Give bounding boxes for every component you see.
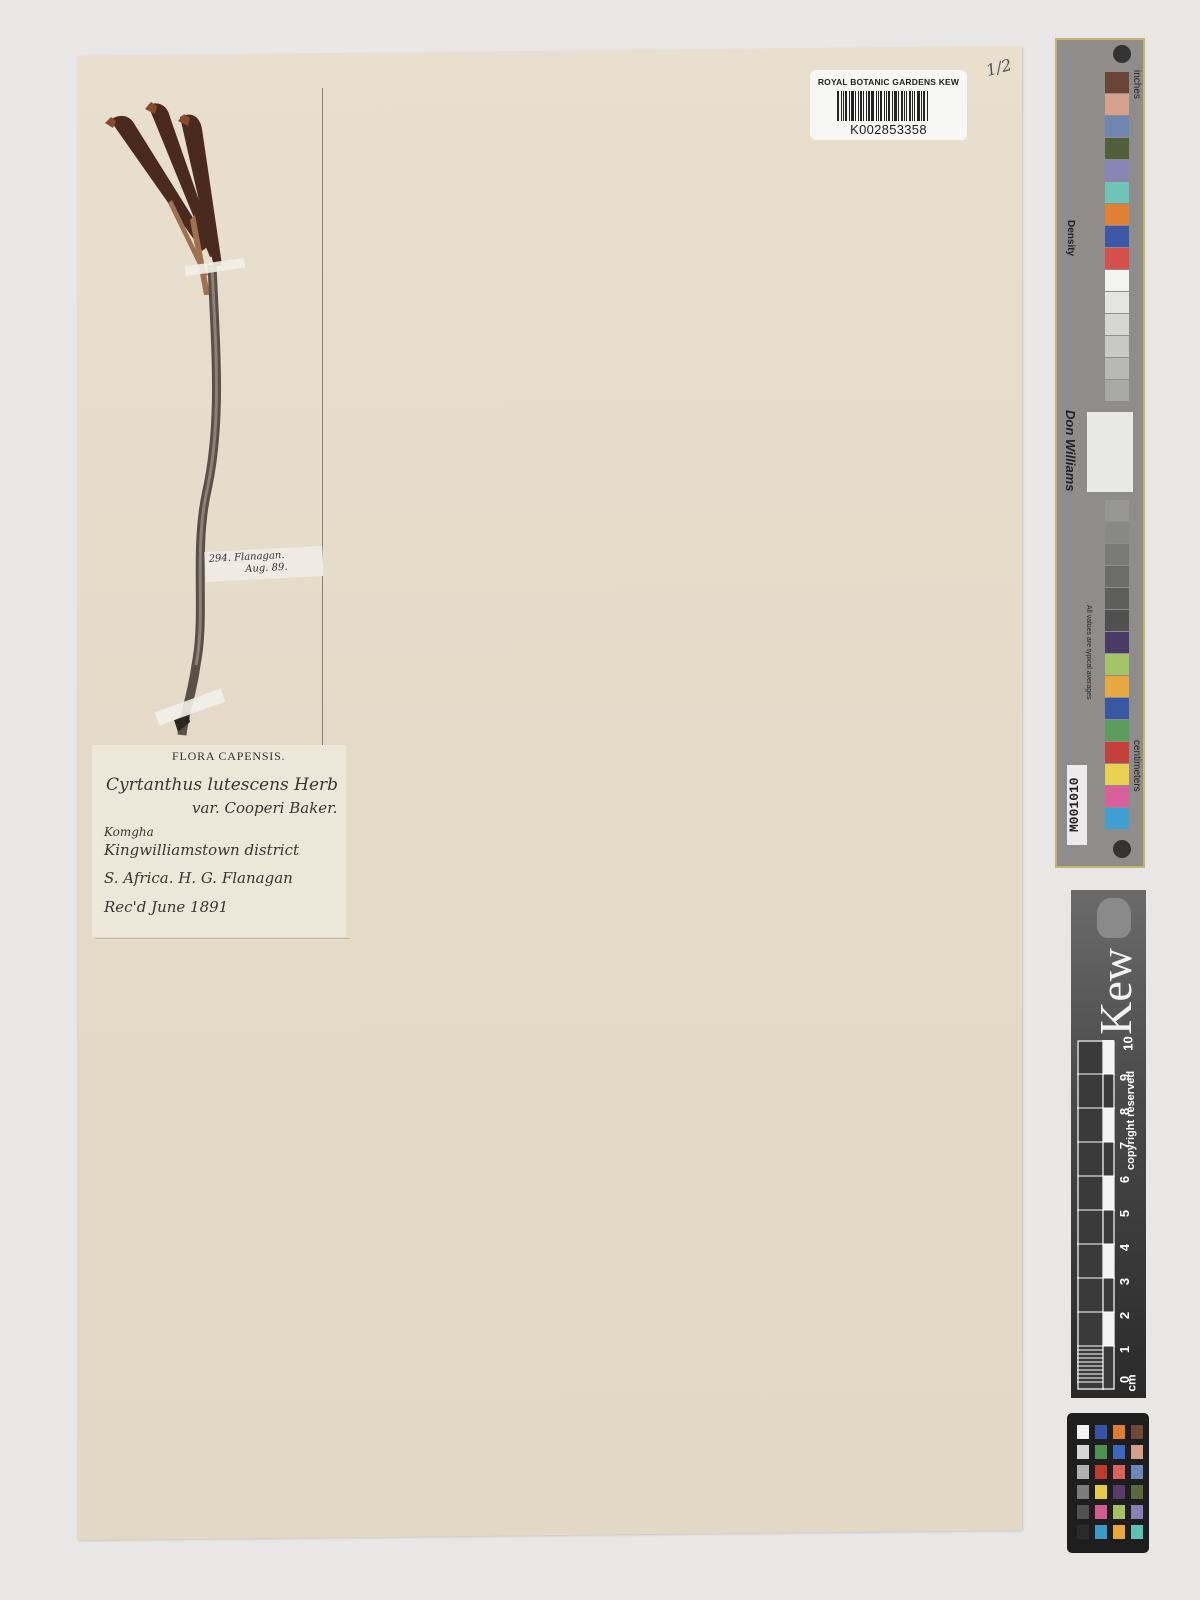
color-swatch: [1105, 226, 1129, 247]
scale-number: 5: [1117, 1210, 1132, 1217]
barcode-bar: [927, 91, 928, 121]
color-swatch: [1113, 1445, 1125, 1459]
color-swatch: [1113, 1525, 1125, 1539]
color-swatch: [1105, 204, 1129, 225]
barcode-number: K002853358: [810, 122, 967, 137]
color-swatch: [1077, 1525, 1089, 1539]
barcode-bar: [837, 91, 839, 121]
plant-specimen: [100, 95, 260, 745]
taxon-variety: var. Cooperi Baker.: [192, 799, 337, 817]
color-swatch: [1105, 676, 1129, 697]
averages-note: All values are typical averages: [1085, 605, 1092, 700]
barcode-bar: [909, 91, 911, 121]
scale-number: 3: [1117, 1278, 1132, 1285]
scale-number: 1: [1117, 1346, 1132, 1353]
color-swatch: [1095, 1445, 1107, 1459]
density-label: Density: [1065, 220, 1076, 256]
color-swatch: [1131, 1465, 1143, 1479]
locality-town: Komgha: [104, 825, 154, 839]
locality-country-collector: S. Africa. H. G. Flanagan: [104, 869, 293, 887]
locality-district: Kingwilliamstown district: [104, 841, 299, 859]
barcode-bar: [914, 91, 915, 121]
color-swatch: [1105, 654, 1129, 675]
scale-number: 6: [1117, 1176, 1132, 1183]
label-title: FLORA CAPENSIS.: [172, 749, 285, 764]
color-swatch: [1105, 786, 1129, 807]
taxon-name: Cyrtanthus lutescens Herb: [106, 775, 338, 795]
color-checker-grid: [1077, 1425, 1143, 1539]
color-swatch: [1105, 358, 1129, 379]
color-swatch: [1077, 1505, 1089, 1519]
color-density-ruler: inches Density Don Williams All values a…: [1055, 38, 1145, 868]
barcode-bar: [892, 91, 893, 121]
color-swatch: [1105, 522, 1129, 543]
kew-crest-icon: [1097, 898, 1131, 938]
scale-numbers: 10 9 8 7 6 5 4 3 2 1 0: [1119, 1030, 1143, 1390]
color-swatch: [1095, 1425, 1107, 1439]
barcode-bar: [845, 91, 847, 121]
color-swatch: [1105, 160, 1129, 181]
barcode-bar: [855, 91, 856, 121]
label-bottom-edge: [95, 938, 350, 939]
received-date: Rec'd June 1891: [104, 898, 228, 916]
ruler-hole: [1113, 840, 1131, 858]
barcode-bar: [863, 91, 864, 121]
color-swatch: [1077, 1465, 1089, 1479]
color-swatch: [1113, 1465, 1125, 1479]
barcode-bars: [837, 91, 941, 121]
barcode-bar: [843, 91, 844, 121]
barcode-bar: [871, 91, 874, 121]
color-swatch: [1105, 698, 1129, 719]
barcode-bar: [904, 91, 905, 121]
top-swatch-column: [1105, 72, 1129, 402]
barcode-bar: [888, 91, 890, 121]
color-swatch: [1105, 610, 1129, 631]
barcode-bar: [878, 91, 879, 121]
barcode-bar: [912, 91, 913, 121]
color-swatch: [1105, 270, 1129, 291]
kew-scale-bar: Kew copyright reserved 10 9: [1071, 890, 1146, 1398]
color-swatch: [1131, 1505, 1143, 1519]
color-swatch: [1113, 1425, 1125, 1439]
color-swatch: [1105, 292, 1129, 313]
scale-number: 8: [1117, 1108, 1132, 1115]
institution-name: ROYAL BOTANIC GARDENS KEW: [810, 77, 967, 87]
color-swatch: [1095, 1525, 1107, 1539]
color-swatch: [1095, 1485, 1107, 1499]
color-swatch: [1131, 1525, 1143, 1539]
color-swatch: [1113, 1505, 1125, 1519]
barcode-bar: [868, 91, 870, 121]
collector-slip: 294. Flanagan. Aug. 89.: [204, 546, 323, 582]
color-swatch: [1105, 248, 1129, 269]
barcode-bar: [898, 91, 899, 121]
color-checker-card: [1067, 1413, 1149, 1553]
barcode-bar: [923, 91, 925, 121]
scale-number: 4: [1117, 1244, 1132, 1251]
color-swatch: [1077, 1445, 1089, 1459]
color-swatch: [1105, 182, 1129, 203]
resolution-target: [1087, 412, 1133, 492]
barcode-label: ROYAL BOTANIC GARDENS KEW K002853358: [810, 70, 967, 140]
barcode-bar: [841, 91, 842, 121]
color-swatch: [1105, 72, 1129, 93]
barcode-bar: [921, 91, 922, 121]
barcode-bar: [917, 91, 920, 121]
color-swatch: [1095, 1505, 1107, 1519]
barcode-bar: [849, 91, 850, 121]
color-swatch: [1105, 742, 1129, 763]
barcode-bar: [906, 91, 907, 121]
scale-number: 7: [1117, 1142, 1132, 1149]
color-swatch: [1105, 632, 1129, 653]
bottom-swatch-column: [1105, 500, 1129, 830]
brand-label: Don Williams: [1063, 410, 1078, 492]
ruler-hole: [1113, 45, 1131, 63]
color-swatch: [1105, 764, 1129, 785]
barcode-bar: [894, 91, 897, 121]
barcode-bar: [876, 91, 877, 121]
color-swatch: [1105, 380, 1129, 401]
flora-capensis-label: FLORA CAPENSIS. Cyrtanthus lutescens Her…: [92, 745, 346, 937]
barcode-bar: [851, 91, 854, 121]
color-swatch: [1105, 500, 1129, 521]
color-swatch: [1105, 94, 1129, 115]
color-swatch: [1105, 720, 1129, 741]
color-swatch: [1131, 1445, 1143, 1459]
barcode-bar: [866, 91, 867, 121]
color-swatch: [1105, 314, 1129, 335]
color-swatch: [1131, 1485, 1143, 1499]
scale-number: 10: [1121, 1036, 1136, 1050]
inches-label: inches: [1131, 70, 1142, 99]
ruler-id-tag: M001010: [1067, 765, 1087, 845]
cm-scale: [1077, 1040, 1115, 1390]
barcode-bar: [858, 91, 859, 121]
color-swatch: [1105, 116, 1129, 137]
color-swatch: [1105, 808, 1129, 829]
color-swatch: [1105, 544, 1129, 565]
scale-number: 2: [1117, 1312, 1132, 1319]
color-swatch: [1105, 588, 1129, 609]
color-swatch: [1131, 1425, 1143, 1439]
barcode-bar: [886, 91, 887, 121]
flower-icon: [105, 102, 222, 267]
color-swatch: [1105, 138, 1129, 159]
color-swatch: [1077, 1425, 1089, 1439]
color-swatch: [1077, 1485, 1089, 1499]
scale-number: 9: [1117, 1074, 1132, 1081]
barcode-bar: [901, 91, 903, 121]
color-swatch: [1095, 1465, 1107, 1479]
color-swatch: [1105, 566, 1129, 587]
color-swatch: [1113, 1485, 1125, 1499]
centimeters-label: centimeters: [1131, 740, 1142, 792]
color-swatch: [1105, 336, 1129, 357]
barcode-bar: [880, 91, 882, 121]
barcode-bar: [860, 91, 862, 121]
barcode-bar: [884, 91, 885, 121]
cm-unit-label: cm: [1125, 1374, 1139, 1391]
